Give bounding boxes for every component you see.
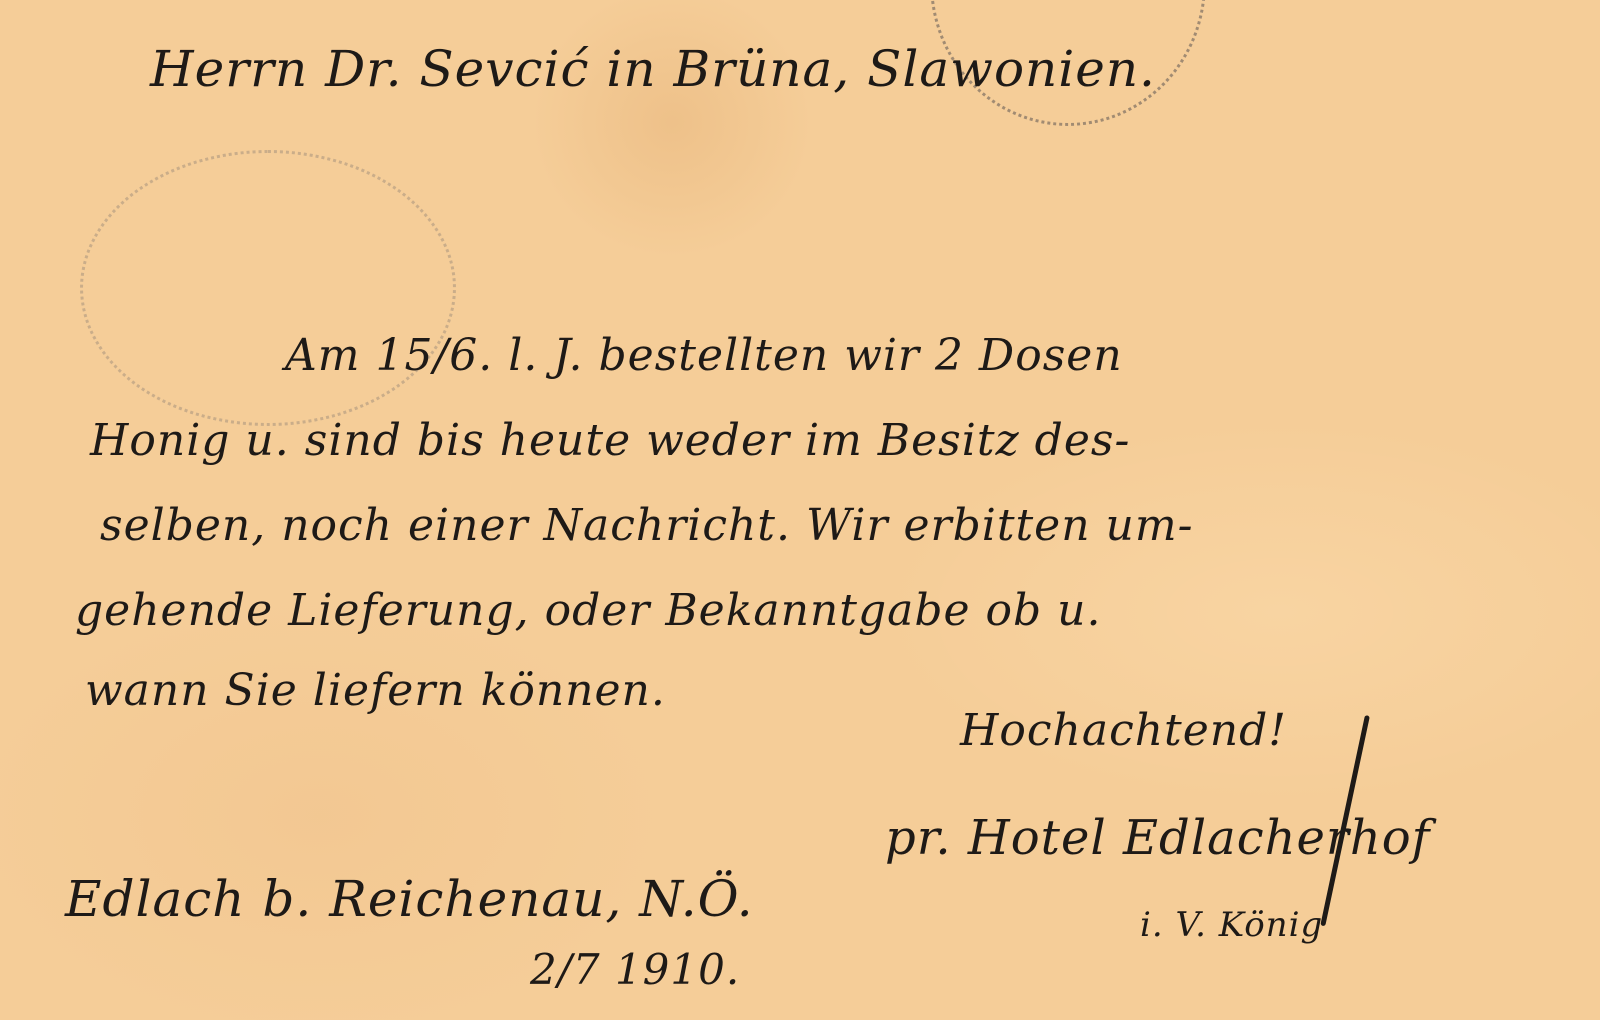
sender-hotel: pr. Hotel Edlacherhof xyxy=(885,810,1430,866)
postcard: Herrn Dr. Sevcić in Brüna, Slawonien. Am… xyxy=(0,0,1600,1020)
message-line-5: wann Sie liefern können. xyxy=(85,665,666,716)
closing-salutation: Hochachtend! xyxy=(960,705,1287,756)
message-line-3: selben, noch einer Nachricht. Wir erbitt… xyxy=(100,500,1193,551)
faded-postmark xyxy=(80,150,456,426)
message-line-1: Am 15/6. l. J. bestellten wir 2 Dosen xyxy=(285,330,1123,381)
message-line-2: Honig u. sind bis heute weder im Besitz … xyxy=(90,415,1130,466)
signatory: i. V. König xyxy=(1140,905,1323,945)
sender-place: Edlach b. Reichenau, N.Ö. xyxy=(65,870,754,928)
letter-date: 2/7 1910. xyxy=(530,945,740,994)
recipient-address: Herrn Dr. Sevcić in Brüna, Slawonien. xyxy=(150,40,1156,98)
message-line-4: gehende Lieferung, oder Bekanntgabe ob u… xyxy=(75,585,1102,636)
